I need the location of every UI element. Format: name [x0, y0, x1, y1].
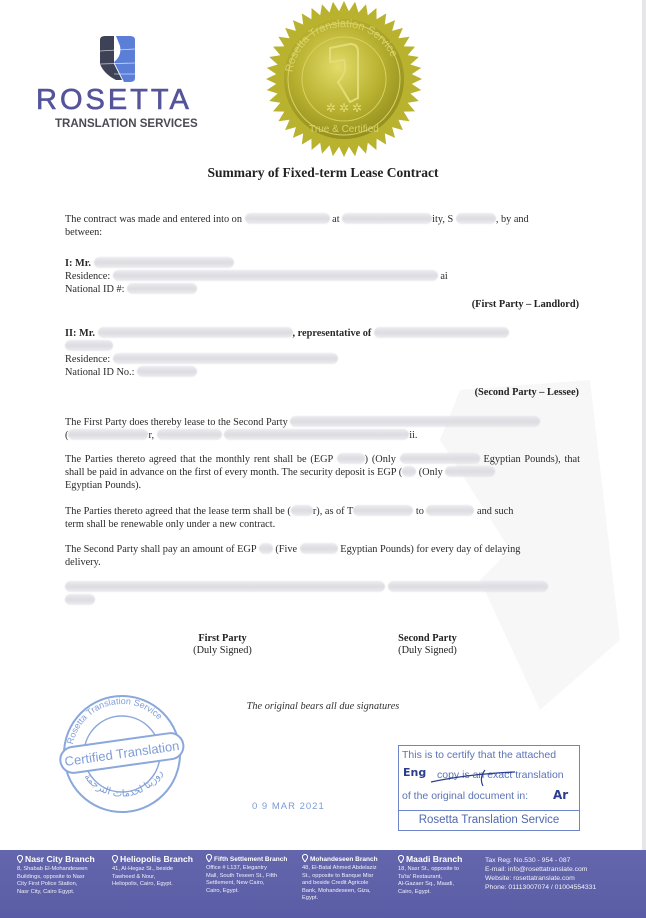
redacted-name: [98, 327, 293, 338]
residence-label: Residence:: [65, 354, 110, 365]
handwritten-target-language: Ar: [553, 788, 568, 802]
document-title: Summary of Fixed-term Lease Contract: [0, 165, 646, 181]
handwritten-strike-icon: [429, 768, 539, 788]
clause-text: The Parties thereto agreed that the mont…: [65, 454, 333, 465]
website-link[interactable]: Website: rosettatranslate.com: [485, 874, 596, 883]
residence-tail: ai: [440, 271, 447, 282]
cert-line: This is to certify that the attached: [402, 749, 556, 761]
redacted-duration: [291, 505, 313, 516]
party2-label: II: Mr.: [65, 328, 95, 339]
intro-text: at: [332, 214, 339, 225]
residence-label: Residence:: [65, 271, 110, 282]
footer-band: Nasr City Branch 8, Shabab El-Mohandesee…: [0, 850, 646, 918]
clause-text: and such: [477, 506, 513, 517]
branch-address: 8, Shabab El-MohandeseenBuildings, oppos…: [17, 866, 95, 896]
redacted-property: [290, 416, 540, 427]
redacted-property: [68, 429, 148, 440]
intro-text: , by and: [496, 214, 529, 225]
redacted-date: [245, 213, 330, 224]
redacted-company: [65, 340, 113, 351]
branch-mohandeseen: Mohandeseen Branch 48, El-Batal Ahmed Ab…: [302, 854, 378, 903]
signature-title: Second Party: [385, 633, 470, 645]
branch-name: Mohandeseen Branch: [302, 854, 378, 863]
redacted-property: [224, 429, 409, 440]
rent-clause: The Parties thereto agreed that the mont…: [65, 453, 580, 492]
branch-name: Nasr City Branch: [17, 854, 95, 864]
location-pin-icon: [302, 854, 308, 862]
branch-name: Maadi Branch: [398, 854, 462, 864]
clause-text: Egyptian Pounds),: [483, 454, 560, 465]
clause-text: r), as of T: [313, 506, 353, 517]
redacted-id: [137, 366, 197, 377]
redacted-date: [353, 505, 413, 516]
logo-subtitle: TRANSLATION SERVICES: [55, 118, 198, 130]
clause-text: Egyptian Pounds) for every day of delayi…: [340, 544, 520, 555]
clause-text: ii.: [409, 430, 417, 441]
clause-text: to: [416, 506, 424, 517]
redacted-date: [426, 505, 474, 516]
svg-text:✲ ✲ ✲: ✲ ✲ ✲: [326, 101, 362, 115]
penalty-clause: The Second Party shall pay an amount of …: [65, 543, 580, 569]
clause-text: r,: [148, 430, 154, 441]
branch-fifth-settlement: Fifth Settlement Branch Office # L137, E…: [206, 854, 287, 895]
signature-status: (Duly Signed): [385, 645, 470, 657]
redacted-id: [127, 283, 197, 294]
branch-address: 18, Nasr St., opposite toTa'ta' Restaura…: [398, 866, 462, 896]
location-pin-icon: [398, 855, 404, 863]
clause-text: The Second Party shall pay an amount of …: [65, 544, 256, 555]
cert-footer: Rosetta Translation Service: [399, 810, 579, 830]
second-party-role: (Second Party – Lessee): [475, 387, 579, 398]
term-clause: The Parties thereto agreed that the leas…: [65, 505, 580, 531]
redacted-location: [342, 213, 432, 224]
branch-address: 48, El-Batal Ahmed AbdelazizSt., opposit…: [302, 865, 378, 903]
gold-certification-seal-icon: Rosetta Translation Service ✲ ✲ ✲ True &…: [264, 0, 424, 158]
contact-info: Tax Reg: No.530 - 954 - 087 E-mail: info…: [485, 856, 596, 892]
email-link[interactable]: E-mail: info@rosettatranslate.com: [485, 865, 596, 874]
clause-text: Egyptian Pounds).: [65, 480, 141, 491]
first-party-role: (First Party – Landlord): [472, 299, 579, 310]
lease-clause: The First Party does thereby lease to th…: [65, 416, 580, 442]
redacted-amount: [259, 543, 273, 554]
cert-line: of the original document in:: [402, 790, 528, 802]
signature-title: First Party: [180, 633, 265, 645]
date-stamp: 0 9 MAR 2021: [252, 801, 325, 812]
location-pin-icon: [206, 854, 212, 862]
clause-text: ) (Only: [365, 454, 396, 465]
branch-name: Fifth Settlement Branch: [206, 854, 287, 863]
svg-text:True & Certified: True & Certified: [309, 124, 379, 135]
redacted-text: [65, 594, 95, 605]
intro-text: The contract was made and entered into o…: [65, 214, 242, 225]
redacted-location: [456, 213, 496, 224]
representative-label: , representative of: [293, 328, 372, 339]
logo-wordmark: ROSETTA: [36, 84, 192, 117]
intro-text: ity, S: [432, 214, 453, 225]
location-pin-icon: [17, 855, 23, 863]
redacted-address: [113, 270, 438, 281]
clause-text: (Five: [275, 544, 297, 555]
signature-status: (Duly Signed): [180, 645, 265, 657]
branch-address: Office # L137, ElegantryMall, South Tese…: [206, 865, 287, 895]
tax-reg: Tax Reg: No.530 - 954 - 087: [485, 856, 596, 865]
first-party-signature: First Party (Duly Signed): [180, 633, 265, 657]
clause-text: The First Party does thereby lease to th…: [65, 417, 288, 428]
national-id-label: National ID #:: [65, 284, 124, 295]
national-id-label: National ID No.:: [65, 367, 135, 378]
redacted-amount: [337, 453, 365, 464]
redacted-property: [157, 429, 222, 440]
second-party-block: II: Mr. , representative of Residence: N…: [65, 327, 580, 379]
svg-text:روزيتا لخدمات الترجمة: روزيتا لخدمات الترجمة: [82, 768, 166, 800]
redacted-text: [65, 581, 385, 592]
intro-paragraph: The contract was made and entered into o…: [65, 213, 580, 239]
page-edge: [642, 0, 646, 850]
clause-text: (Only: [419, 467, 443, 478]
phone-number: Phone: 01113007074 / 01004554331: [485, 883, 596, 892]
rosetta-r-logo-icon: [96, 34, 138, 86]
redacted-name: [94, 257, 234, 268]
redacted-amount: [400, 453, 480, 464]
redacted-address: [113, 353, 338, 364]
redacted-amount: [300, 543, 338, 554]
certified-translation-stamp-icon: Rosetta Translation Service Certified Tr…: [58, 692, 186, 816]
redacted-text: [388, 581, 548, 592]
location-pin-icon: [112, 855, 118, 863]
redacted-amount: [445, 466, 495, 477]
redacted-amount: [402, 466, 416, 477]
intro-text: between:: [65, 227, 102, 238]
redacted-company: [374, 327, 509, 338]
handwritten-source-language: Eng: [403, 766, 426, 779]
first-party-block: I: Mr. Residence: ai National ID #:: [65, 257, 580, 296]
second-party-signature: Second Party (Duly Signed): [385, 633, 470, 657]
redacted-clause: [65, 581, 580, 607]
clause-text: The Parties thereto agreed that the leas…: [65, 506, 291, 517]
clause-text: delivery.: [65, 557, 101, 568]
party1-label: I: Mr.: [65, 258, 91, 269]
branch-heliopolis: Heliopolis Branch 41, Al-Hegaz St., besi…: [112, 854, 193, 889]
branch-maadi: Maadi Branch 18, Nasr St., opposite toTa…: [398, 854, 462, 896]
branch-name: Heliopolis Branch: [112, 854, 193, 864]
branch-nasr-city: Nasr City Branch 8, Shabab El-Mohandesee…: [17, 854, 95, 896]
certification-stamp: This is to certify that the attached cop…: [398, 745, 580, 831]
clause-text: term shall be renewable only under a new…: [65, 519, 275, 530]
branch-address: 41, Al-Hegaz St., besideTawheed & Nour,H…: [112, 866, 193, 889]
